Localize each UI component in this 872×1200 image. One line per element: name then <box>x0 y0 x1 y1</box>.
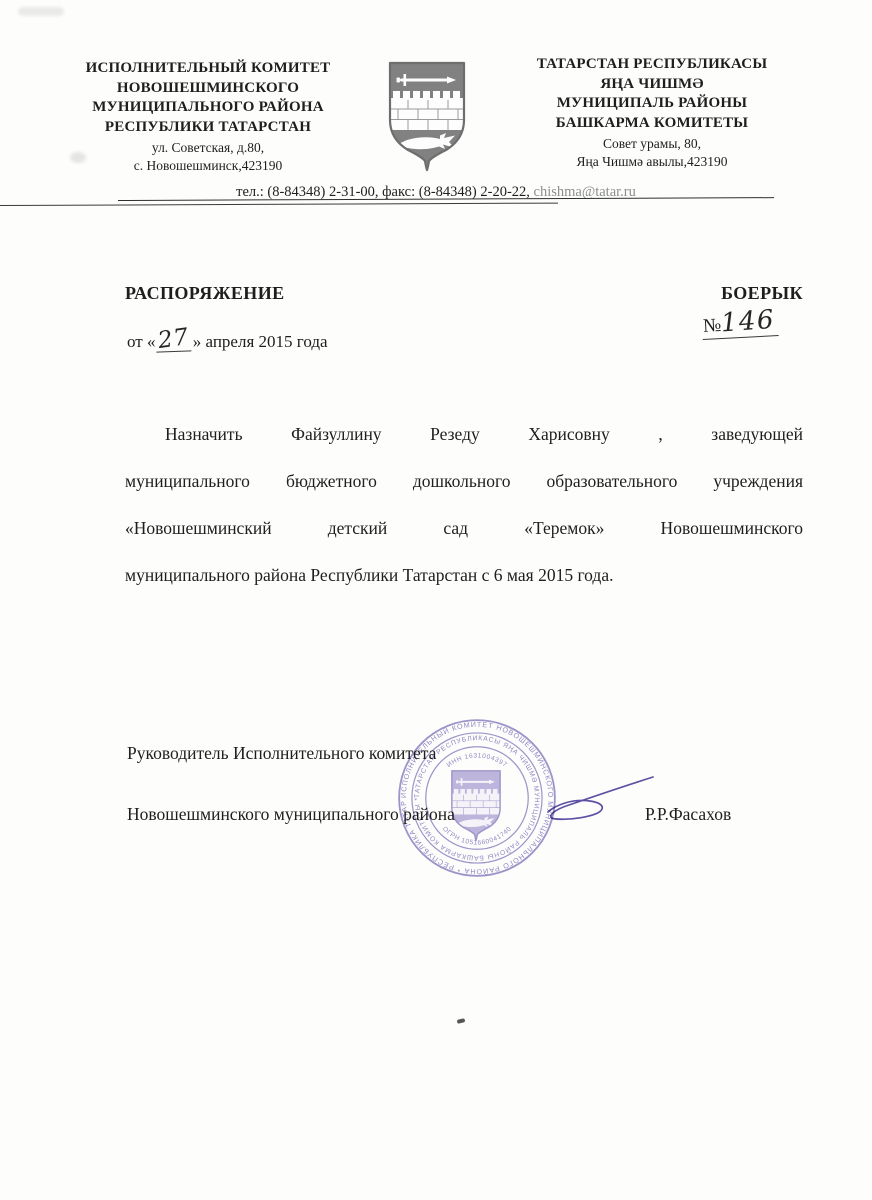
org-name-line: МУНИЦИПАЛЬНОГО РАЙОНА <box>70 98 346 118</box>
address-line: Совет урамы, 80, <box>502 135 802 153</box>
org-address-russian: ул. Советская, д.80, с. Новошешминск,423… <box>70 139 346 175</box>
scan-smudge <box>18 7 64 16</box>
org-name-line: БАШКАРМА КОМИТЕТЫ <box>502 114 802 134</box>
body-line: муниципального бюджетного дошкольного об… <box>125 458 803 505</box>
title-row: РАСПОРЯЖЕНИЕ БОЕРЫК <box>125 283 803 304</box>
stamp-coat-of-arms <box>452 771 500 841</box>
address-line: ул. Советская, д.80, <box>70 139 346 157</box>
handwritten-day: 27 <box>157 327 191 351</box>
org-name-block-russian: ИСПОЛНИТЕЛЬНЫЙ КОМИТЕТ НОВОШЕШМИНСКОГО М… <box>70 59 346 175</box>
header-rule-secondary <box>0 203 558 206</box>
org-name-line: РЕСПУБЛИКИ ТАТАРСТАН <box>70 118 346 138</box>
body-line: «Новошешминский детский сад «Теремок» Но… <box>125 505 803 552</box>
date-suffix: » апреля 2015 года <box>193 332 328 352</box>
date-prefix: от « <box>127 332 155 352</box>
coat-of-arms-emblem <box>383 56 471 172</box>
stamp-inn-text: ИНН 1631004397 <box>446 753 509 769</box>
document-type-tatar: БОЕРЫК <box>721 283 803 304</box>
document-number: №146 <box>701 308 779 340</box>
org-name-block-tatar: ТАТАРСТАН РЕСПУБЛИКАСЫ ЯҢА ЧИШМӘ МУНИЦИП… <box>502 55 802 171</box>
handwritten-day-underline: 27 <box>156 328 192 352</box>
org-name-line: ТАТАРСТАН РЕСПУБЛИКАСЫ <box>502 55 802 75</box>
autograph-stroke <box>548 777 653 819</box>
org-address-tatar: Совет урамы, 80, Яңа Чишмә авылы,423190 <box>502 135 802 171</box>
address-line: с. Новошешминск,423190 <box>70 157 346 175</box>
signature-autograph <box>503 768 663 826</box>
org-name-line: МУНИЦИПАЛЬ РАЙОНЫ <box>502 94 802 114</box>
org-name-line: НОВОШЕШМИНСКОГО <box>70 79 346 99</box>
org-name-line: ИСПОЛНИТЕЛЬНЫЙ КОМИТЕТ <box>70 59 346 79</box>
address-line: Яңа Чишмә авылы,423190 <box>502 153 802 171</box>
scan-speck <box>457 1018 466 1024</box>
document-page: ИСПОЛНИТЕЛЬНЫЙ КОМИТЕТ НОВОШЕШМИНСКОГО М… <box>0 0 872 1200</box>
body-paragraph: Назначить Файзуллину Резеду Харисовну , … <box>125 411 803 599</box>
org-name-line: ЯҢА ЧИШМӘ <box>502 75 802 95</box>
svg-text:ИНН 1631004397: ИНН 1631004397 <box>446 753 509 769</box>
body-line: муниципального района Республики Татарст… <box>125 552 803 599</box>
handwritten-number: 146 <box>720 308 776 336</box>
date-line: от «27» апреля 2015 года <box>127 316 328 352</box>
signature-title-line1: Руководитель Исполнительного комитета <box>127 743 436 764</box>
document-type-russian: РАСПОРЯЖЕНИЕ <box>125 283 285 304</box>
body-line: Назначить Файзуллину Резеду Харисовну , … <box>125 411 803 458</box>
number-sign: № <box>703 315 722 337</box>
